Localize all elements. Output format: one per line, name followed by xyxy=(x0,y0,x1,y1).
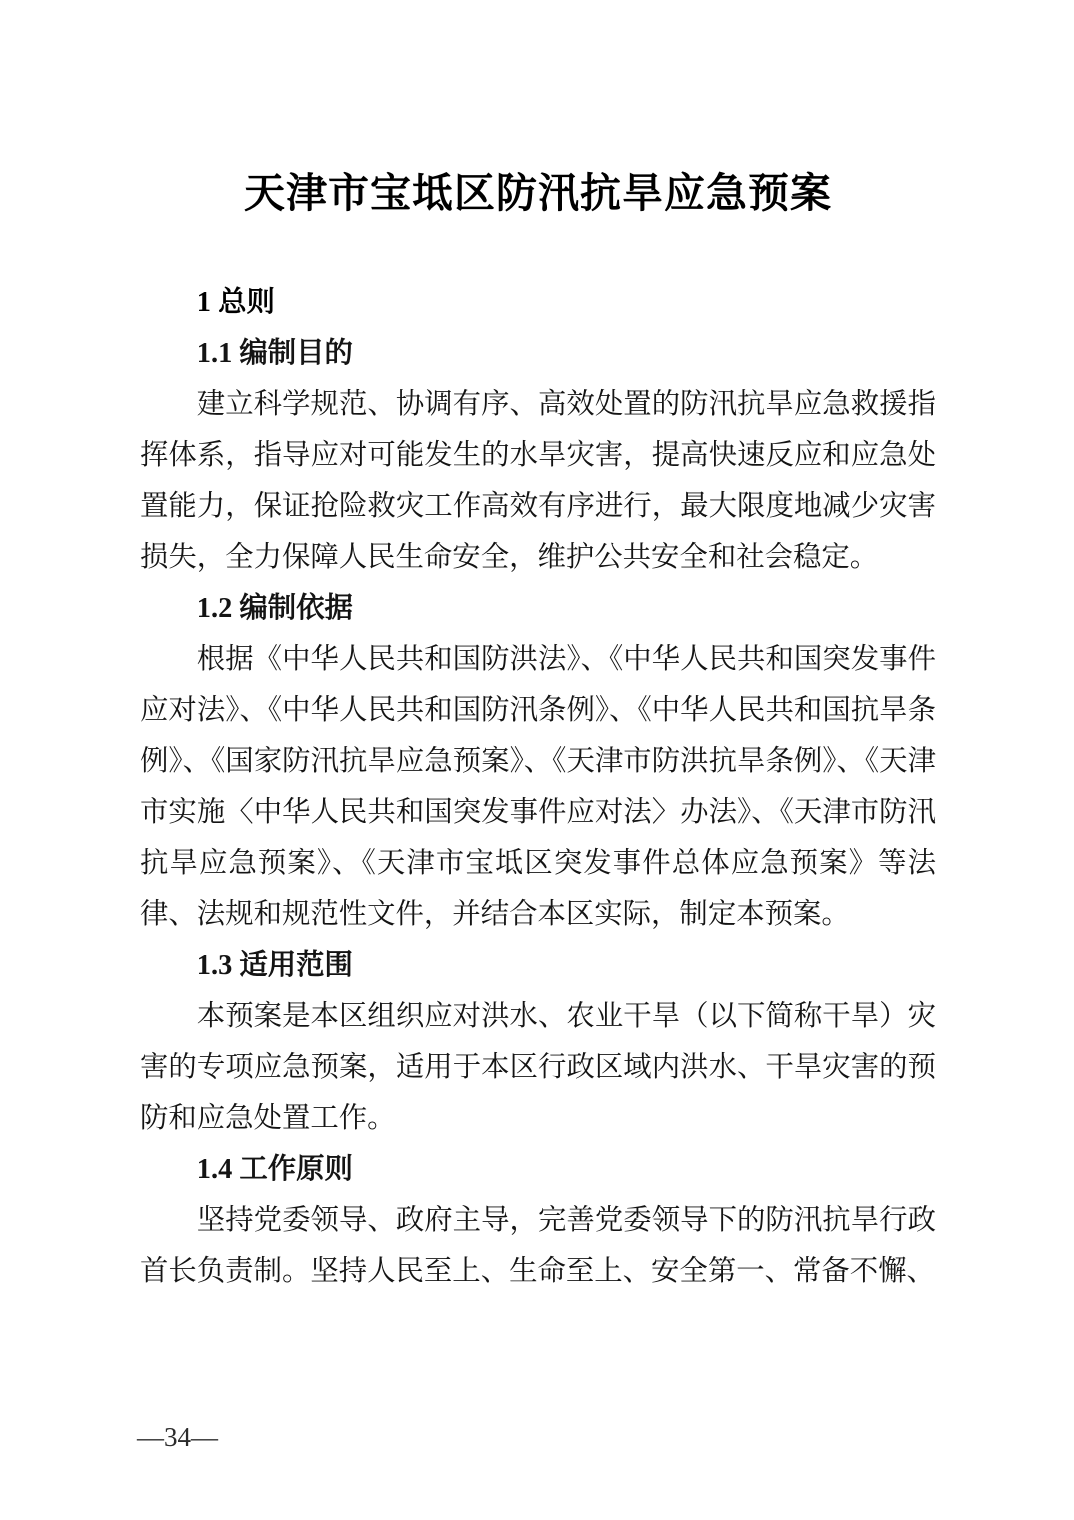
section-scope: 1.3 适用范围 本预案是本区组织应对洪水、农业干旱（以下简称干旱）灾害的专项应… xyxy=(140,940,936,1144)
section-body-scope: 本预案是本区组织应对洪水、农业干旱（以下简称干旱）灾害的专项应急预案，适用于本区… xyxy=(140,991,936,1144)
document-title: 天津市宝坻区防汛抗旱应急预案 xyxy=(140,170,936,217)
section-purpose: 1.1 编制目的 建立科学规范、协调有序、高效处置的防汛抗旱应急救援指挥体系，指… xyxy=(140,328,936,583)
section-basis: 1.2 编制依据 根据《中华人民共和国防洪法》、《中华人民共和国突发事件应对法》… xyxy=(140,583,936,940)
document-page: 天津市宝坻区防汛抗旱应急预案 1 总则 1.1 编制目的 建立科学规范、协调有序… xyxy=(0,0,1074,1520)
section-principles: 1.4 工作原则 坚持党委领导、政府主导，完善党委领导下的防汛抗旱行政首长负责制… xyxy=(140,1144,936,1297)
section-heading-principles: 1.4 工作原则 xyxy=(140,1144,936,1195)
section-body-principles: 坚持党委领导、政府主导，完善党委领导下的防汛抗旱行政首长负责制。坚持人民至上、生… xyxy=(140,1195,936,1297)
document-content: 天津市宝坻区防汛抗旱应急预案 1 总则 1.1 编制目的 建立科学规范、协调有序… xyxy=(140,0,936,1297)
section-heading-scope: 1.3 适用范围 xyxy=(140,940,936,991)
chapter-heading: 1 总则 xyxy=(140,277,936,328)
section-body-purpose: 建立科学规范、协调有序、高效处置的防汛抗旱应急救援指挥体系，指导应对可能发生的水… xyxy=(140,379,936,583)
section-body-basis: 根据《中华人民共和国防洪法》、《中华人民共和国突发事件应对法》、《中华人民共和国… xyxy=(140,634,936,940)
section-heading-basis: 1.2 编制依据 xyxy=(140,583,936,634)
section-heading-purpose: 1.1 编制目的 xyxy=(140,328,936,379)
page-number: —34— xyxy=(137,1422,218,1453)
